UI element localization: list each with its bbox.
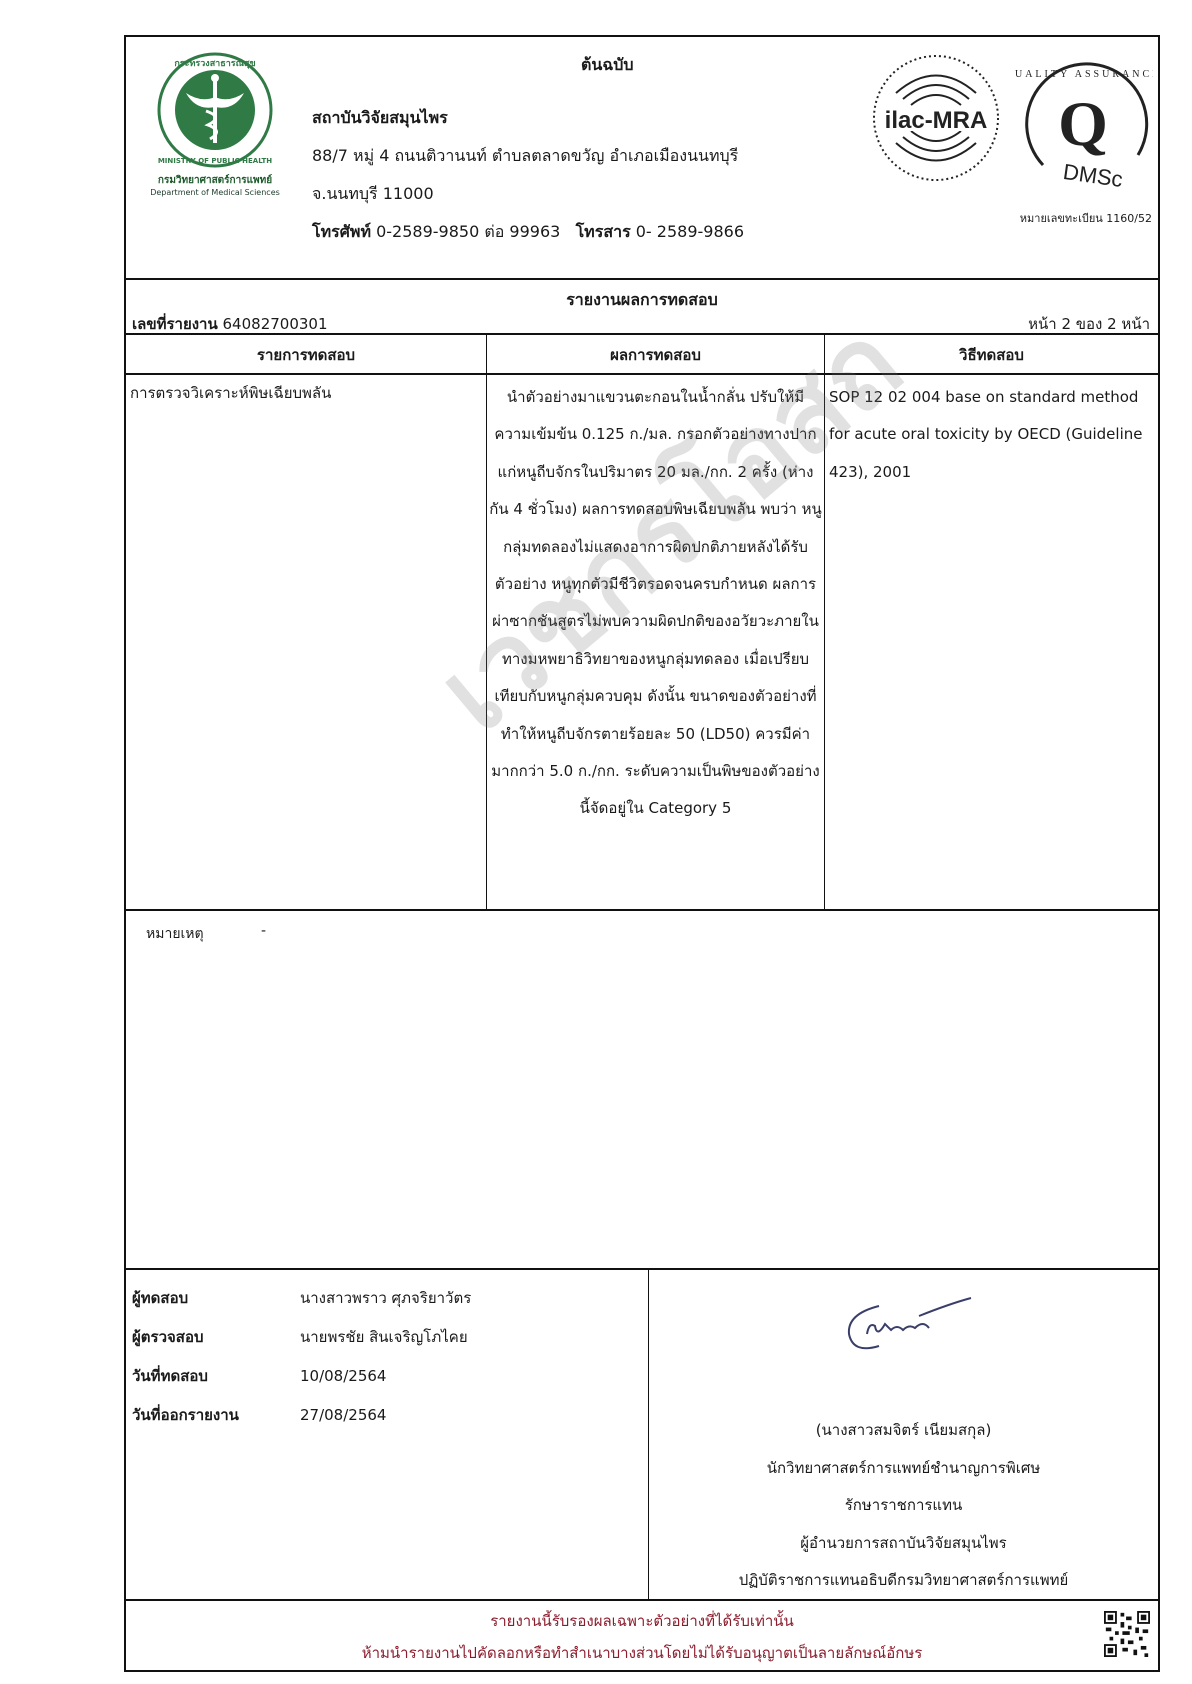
disclaimer-line-1: รายงานนี้รับรองผลเฉพาะตัวอย่างที่ได้รับเ… bbox=[126, 1609, 1158, 1633]
department-name-th: กรมวิทยาศาสตร์การแพทย์ bbox=[140, 173, 290, 188]
header-method: วิธีทดสอบ bbox=[825, 335, 1158, 373]
report-frame: กระทรวงสาธารณสุข MINISTRY OF PUBLIC HEAL… bbox=[124, 35, 1160, 1672]
ilac-mra-logo-icon: ilac-MRA bbox=[871, 53, 1001, 183]
institute-info: สถาบันวิจัยสมุนไพร 88/7 หมู่ 4 ถนนติวานน… bbox=[312, 99, 744, 251]
header-result: ผลการทดสอบ bbox=[487, 335, 825, 373]
signer-name: (นางสาวสมจิตร์ เนียมสกุล) bbox=[649, 1412, 1158, 1450]
signer-details: (นางสาวสมจิตร์ เนียมสกุล) นักวิทยาศาสตร์… bbox=[649, 1412, 1158, 1600]
tester-value: นางสาวพราว ศุภจริยาวัตร bbox=[300, 1286, 471, 1310]
signer-position: นักวิทยาศาสตร์การแพทย์ชำนาญการพิเศษ bbox=[649, 1450, 1158, 1488]
disclaimer-line-2: ห้ามนำรายงานไปคัดลอกหรือทำสำเนาบางส่วนโด… bbox=[126, 1641, 1158, 1665]
registration-number: หมายเลขทะเบียน 1160/52 bbox=[1020, 209, 1152, 227]
svg-text:DMSc: DMSc bbox=[1062, 159, 1125, 192]
table-row: การตรวจวิเคราะห์พิษเฉียบพลัน นำตัวอย่างม… bbox=[126, 375, 1158, 911]
cell-result: นำตัวอย่างมาแขวนตะกอนในน้ำกลั่น ปรับให้ม… bbox=[487, 375, 825, 909]
cell-test-item: การตรวจวิเคราะห์พิษเฉียบพลัน bbox=[126, 375, 487, 909]
issue-date-row: วันที่ออกรายงาน 27/08/2564 bbox=[132, 1395, 642, 1434]
report-number: เลขที่รายงาน 64082700301 bbox=[132, 312, 328, 336]
qr-code-icon[interactable] bbox=[1104, 1611, 1150, 1657]
svg-text:QUALITY ASSURANCE: QUALITY ASSURANCE bbox=[1013, 69, 1153, 80]
fax-value: 0- 2589-9866 bbox=[636, 222, 744, 241]
footer-disclaimer: รายงานนี้รับรองผลเฉพาะตัวอย่างที่ได้รับเ… bbox=[126, 1601, 1158, 1670]
fax-label: โทรสาร bbox=[576, 222, 631, 241]
signer-on-behalf: ปฏิบัติราชการแทนอธิบดีกรมวิทยาศาสตร์การแ… bbox=[649, 1562, 1158, 1600]
svg-text:กระทรวงสาธารณสุข: กระทรวงสาธารณสุข bbox=[174, 59, 255, 69]
signer-role: ผู้อำนวยการสถาบันวิจัยสมุนไพร bbox=[649, 1525, 1158, 1563]
tester-row: ผู้ทดสอบ นางสาวพราว ศุภจริยาวัตร bbox=[132, 1278, 642, 1317]
remarks-section: หมายเหตุ - bbox=[126, 911, 1158, 1270]
letterhead: กระทรวงสาธารณสุข MINISTRY OF PUBLIC HEAL… bbox=[126, 37, 1158, 280]
tester-label: ผู้ทดสอบ bbox=[132, 1286, 300, 1310]
svg-text:MINISTRY OF PUBLIC HEALTH: MINISTRY OF PUBLIC HEALTH bbox=[158, 157, 272, 165]
ministry-seal-icon: กระทรวงสาธารณสุข MINISTRY OF PUBLIC HEAL… bbox=[156, 51, 274, 169]
qa-dmsc-logo-icon: Q DMSc QUALITY ASSURANCE bbox=[1013, 55, 1153, 195]
issue-date-value: 27/08/2564 bbox=[300, 1406, 386, 1424]
handwritten-signature-icon bbox=[839, 1294, 979, 1364]
remarks-value: - bbox=[261, 923, 266, 939]
issue-date-label: วันที่ออกรายงาน bbox=[132, 1403, 300, 1427]
table-header: รายการทดสอบ ผลการทดสอบ วิธีทดสอบ bbox=[126, 335, 1158, 375]
cell-method: SOP 12 02 004 base on standard method fo… bbox=[825, 375, 1158, 909]
test-date-label: วันที่ทดสอบ bbox=[132, 1364, 300, 1388]
test-date-value: 10/08/2564 bbox=[300, 1367, 386, 1385]
report-number-value: 64082700301 bbox=[223, 315, 328, 333]
signoff-fields: ผู้ทดสอบ นางสาวพราว ศุภจริยาวัตร ผู้ตรวจ… bbox=[126, 1270, 649, 1599]
reviewer-label: ผู้ตรวจสอบ bbox=[132, 1325, 300, 1349]
institute-name: สถาบันวิจัยสมุนไพร bbox=[312, 99, 744, 137]
signoff-section: ผู้ทดสอบ นางสาวพราว ศุภจริยาวัตร ผู้ตรวจ… bbox=[126, 1270, 1158, 1601]
report-number-label: เลขที่รายงาน bbox=[132, 315, 218, 333]
test-date-row: วันที่ทดสอบ 10/08/2564 bbox=[132, 1356, 642, 1395]
department-name-en: Department of Medical Sciences bbox=[140, 188, 290, 197]
phone-label: โทรศัพท์ bbox=[312, 222, 371, 241]
reviewer-row: ผู้ตรวจสอบ นายพรชัย สินเจริญโภไคย bbox=[132, 1317, 642, 1356]
report-title-row: รายงานผลการทดสอบ เลขที่รายงาน 6408270030… bbox=[126, 280, 1158, 335]
address-line-2: จ.นนทบุรี 11000 bbox=[312, 175, 744, 213]
signer-acting: รักษาราชการแทน bbox=[649, 1487, 1158, 1525]
remarks-label: หมายเหตุ bbox=[146, 923, 204, 945]
phone-value: 0-2589-9850 ต่อ 99963 bbox=[376, 222, 560, 241]
report-title: รายงานผลการทดสอบ bbox=[126, 288, 1158, 313]
results-table: รายการทดสอบ ผลการทดสอบ วิธีทดสอบ การตรวจ… bbox=[126, 335, 1158, 911]
svg-text:ilac-MRA: ilac-MRA bbox=[885, 107, 988, 134]
signer-block: (นางสาวสมจิตร์ เนียมสกุล) นักวิทยาศาสตร์… bbox=[649, 1270, 1158, 1599]
reviewer-value: นายพรชัย สินเจริญโภไคย bbox=[300, 1325, 468, 1349]
moph-logo: กระทรวงสาธารณสุข MINISTRY OF PUBLIC HEAL… bbox=[140, 51, 290, 197]
original-copy-label: ต้นฉบับ bbox=[581, 53, 634, 78]
header-test-item: รายการทดสอบ bbox=[126, 335, 487, 373]
svg-text:Q: Q bbox=[1058, 88, 1108, 159]
contact-line: โทรศัพท์ 0-2589-9850 ต่อ 99963 โทรสาร 0-… bbox=[312, 213, 744, 251]
page-indicator: หน้า 2 ของ 2 หน้า bbox=[1028, 312, 1150, 336]
address-line-1: 88/7 หมู่ 4 ถนนติวานนท์ ตำบลตลาดขวัญ อำเ… bbox=[312, 137, 744, 175]
